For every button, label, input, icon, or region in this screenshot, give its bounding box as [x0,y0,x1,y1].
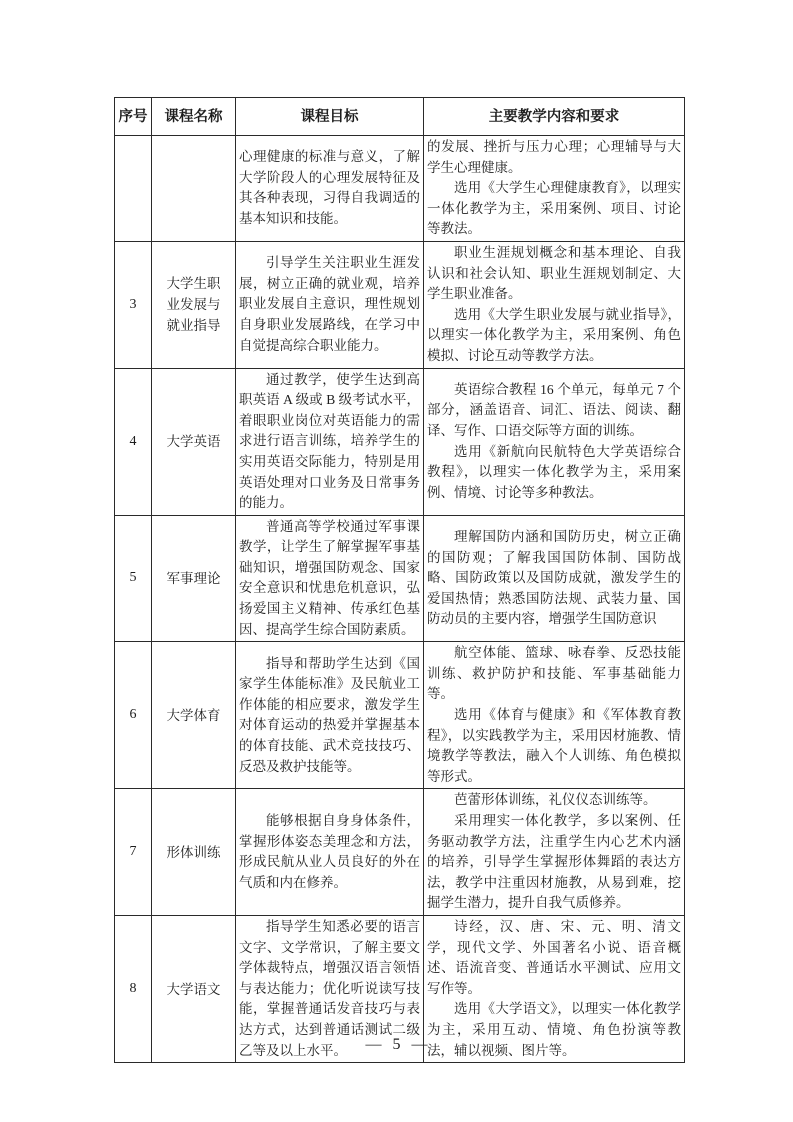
row-number-cell: 6 [115,642,152,789]
objective-paragraph: 引导学生关注职业生涯发展，树立正确的就业观，培养职业发展自主意识，理性规划自身职… [239,253,420,356]
content-paragraph: 采用理实一体化教学，多以案例、任务驱动教学方法，注重学生内心艺术内涵的培养，引导… [427,811,681,914]
content-cell: 航空体能、篮球、咏春拳、反恐技能训练、救护防护和技能、军事基础能力等。 选用《体… [424,642,685,789]
table-row-4: 4 大学英语 通过教学，使学生达到高职英语 A 级或 B 级考试水平，着眼职业岗… [115,368,685,515]
course-name-cell: 大学体育 [152,642,236,789]
content-paragraph: 英语综合教程 16 个单元，每单元 7 个部分，涵盖语音、词汇、语法、阅读、翻译… [427,380,681,442]
table-row-5: 5 军事理论 普通高等学校通过军事课教学，让学生了解掌握军事基础知识，增强国防观… [115,515,685,642]
row-number-cell: 4 [115,368,152,515]
header-content: 主要教学内容和要求 [424,98,685,136]
content-paragraph: 选用《大学生心理健康教育》，以理实一体化教学为主，采用案例、项目、讨论等教法。 [427,178,681,240]
row-number-cell: 3 [115,241,152,368]
page-number: — 5 — [0,1036,793,1054]
course-name-cell: 大学英语 [152,368,236,515]
content-cell: 芭蕾形体训练，礼仪仪态训练等。 采用理实一体化教学，多以案例、任务驱动教学方法，… [424,789,685,916]
content-paragraph: 选用《新航向民航特色大学英语综合教程》，以理实一体化教学为主，采用案例、情境、讨… [427,442,681,504]
objective-paragraph: 能够根据自身身体条件，掌握形体姿态美理念和方法，形成民航从业人员良好的外在气质和… [239,811,420,893]
content-paragraph: 选用《大学生职业发展与就业指导》，以理实一体化教学为主，采用案例、角色模拟、讨论… [427,305,681,367]
course-table: 序号 课程名称 课程目标 主要教学内容和要求 心理健康的标准与意义，了解大学阶段… [114,97,685,1063]
table-row-continuation: 心理健康的标准与意义，了解大学阶段人的心理发展特征及其各种表现，习得自我调适的基… [115,136,685,242]
objective-cell: 指导和帮助学生达到《国家学生体能标准》及民航业工作体能的相应要求，激发学生对体育… [236,642,424,789]
objective-paragraph: 心理健康的标准与意义，了解大学阶段人的心理发展特征及其各种表现，习得自我调适的基… [239,147,420,229]
content-paragraph: 的发展、挫折与压力心理；心理辅导与大学生心理健康。 [427,137,681,178]
content-cell: 职业生涯规划概念和基本理论、自我认识和社会认知、职业生涯规划制定、大学生职业准备… [424,241,685,368]
objective-cell: 能够根据自身身体条件，掌握形体姿态美理念和方法，形成民航从业人员良好的外在气质和… [236,789,424,916]
content-paragraph: 职业生涯规划概念和基本理论、自我认识和社会认知、职业生涯规划制定、大学生职业准备… [427,243,681,305]
objective-paragraph: 通过教学，使学生达到高职英语 A 级或 B 级考试水平，着眼职业岗位对英语能力的… [239,370,420,514]
row-number-cell: 7 [115,789,152,916]
table-header-row: 序号 课程名称 课程目标 主要教学内容和要求 [115,98,685,136]
header-objective: 课程目标 [236,98,424,136]
table-row-3: 3 大学生职业发展与就业指导 引导学生关注职业生涯发展，树立正确的就业观，培养职… [115,241,685,368]
course-name-cell [152,136,236,242]
content-cell: 的发展、挫折与压力心理；心理辅导与大学生心理健康。 选用《大学生心理健康教育》，… [424,136,685,242]
content-cell: 理解国防内涵和国防历史，树立正确的国防观；了解我国国防体制、国防战略、国防政策以… [424,515,685,642]
header-course-name: 课程名称 [152,98,236,136]
objective-paragraph: 指导和帮助学生达到《国家学生体能标准》及民航业工作体能的相应要求，激发学生对体育… [239,654,420,778]
content-paragraph: 芭蕾形体训练，礼仪仪态训练等。 [427,790,681,811]
objective-paragraph: 普通高等学校通过军事课教学，让学生了解掌握军事基础知识，增强国防观念、国家安全意… [239,517,420,641]
table-row-7: 7 形体训练 能够根据自身身体条件，掌握形体姿态美理念和方法，形成民航从业人员良… [115,789,685,916]
document-page: 序号 课程名称 课程目标 主要教学内容和要求 心理健康的标准与意义，了解大学阶段… [0,0,793,1122]
objective-cell: 心理健康的标准与意义，了解大学阶段人的心理发展特征及其各种表现，习得自我调适的基… [236,136,424,242]
objective-cell: 引导学生关注职业生涯发展，树立正确的就业观，培养职业发展自主意识，理性规划自身职… [236,241,424,368]
objective-cell: 通过教学，使学生达到高职英语 A 级或 B 级考试水平，着眼职业岗位对英语能力的… [236,368,424,515]
content-paragraph: 航空体能、篮球、咏春拳、反恐技能训练、救护防护和技能、军事基础能力等。 [427,643,681,705]
objective-cell: 普通高等学校通过军事课教学，让学生了解掌握军事基础知识，增强国防观念、国家安全意… [236,515,424,642]
course-name-cell: 大学生职业发展与就业指导 [152,241,236,368]
header-no: 序号 [115,98,152,136]
row-number-cell [115,136,152,242]
table-row-6: 6 大学体育 指导和帮助学生达到《国家学生体能标准》及民航业工作体能的相应要求，… [115,642,685,789]
row-number-cell: 5 [115,515,152,642]
content-paragraph: 选用《体育与健康》和《军体教育教程》，以实践教学为主，采用因材施教、情境教学等教… [427,705,681,787]
content-paragraph: 理解国防内涵和国防历史，树立正确的国防观；了解我国国防体制、国防战略、国防政策以… [427,527,681,630]
course-name-cell: 军事理论 [152,515,236,642]
content-cell: 英语综合教程 16 个单元，每单元 7 个部分，涵盖语音、词汇、语法、阅读、翻译… [424,368,685,515]
course-name-cell: 形体训练 [152,789,236,916]
content-paragraph: 诗经，汉、唐、宋、元、明、清文学，现代文学、外国著名小说、语音概述、语流音变、普… [427,917,681,999]
